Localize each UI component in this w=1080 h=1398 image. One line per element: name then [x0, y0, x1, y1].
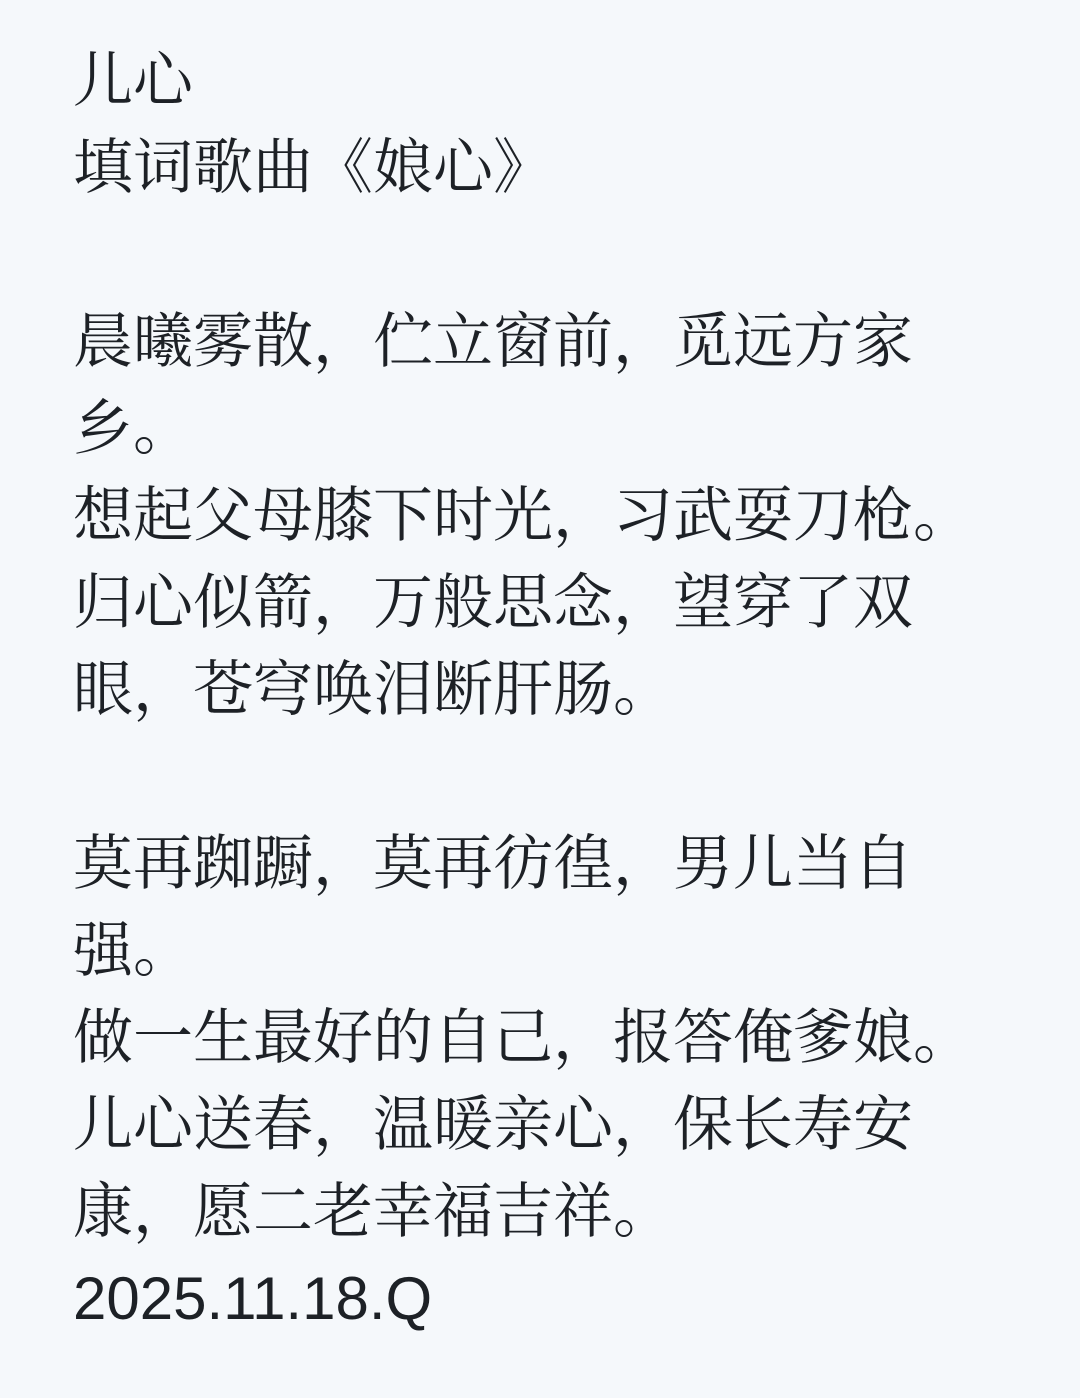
line-blank	[73, 211, 1000, 298]
lyrics-page: 儿心填词歌曲《娘心》晨曦雾散，伫立窗前，觅远方家乡。想起父母膝下时光，习武耍刀枪…	[0, 0, 1080, 1398]
line-lyric: 康，愿二老幸福吉祥。	[73, 1168, 1000, 1255]
line-lyric: 莫再踟蹰，莫再彷徨，男儿当自	[73, 820, 1000, 907]
line-lyric: 乡。	[73, 385, 1000, 472]
line-lyric: 归心似箭，万般思念，望穿了双	[73, 559, 1000, 646]
line-lyric: 强。	[73, 907, 1000, 994]
line-lyric: 眼，苍穹唤泪断肝肠。	[73, 646, 1000, 733]
line-lyric: 想起父母膝下时光，习武耍刀枪。	[73, 472, 1000, 559]
line-date-signature: 2025.11.18.Q	[73, 1255, 1000, 1342]
line-lyric: 晨曦雾散，伫立窗前，觅远方家	[73, 298, 1000, 385]
lyrics-text-block: 儿心填词歌曲《娘心》晨曦雾散，伫立窗前，觅远方家乡。想起父母膝下时光，习武耍刀枪…	[0, 0, 1080, 1342]
line-title: 儿心	[73, 37, 1000, 124]
line-lyric: 儿心送春，温暖亲心，保长寿安	[73, 1081, 1000, 1168]
line-subtitle: 填词歌曲《娘心》	[73, 124, 1000, 211]
line-lyric: 做一生最好的自己，报答俺爹娘。	[73, 994, 1000, 1081]
line-blank	[73, 733, 1000, 820]
